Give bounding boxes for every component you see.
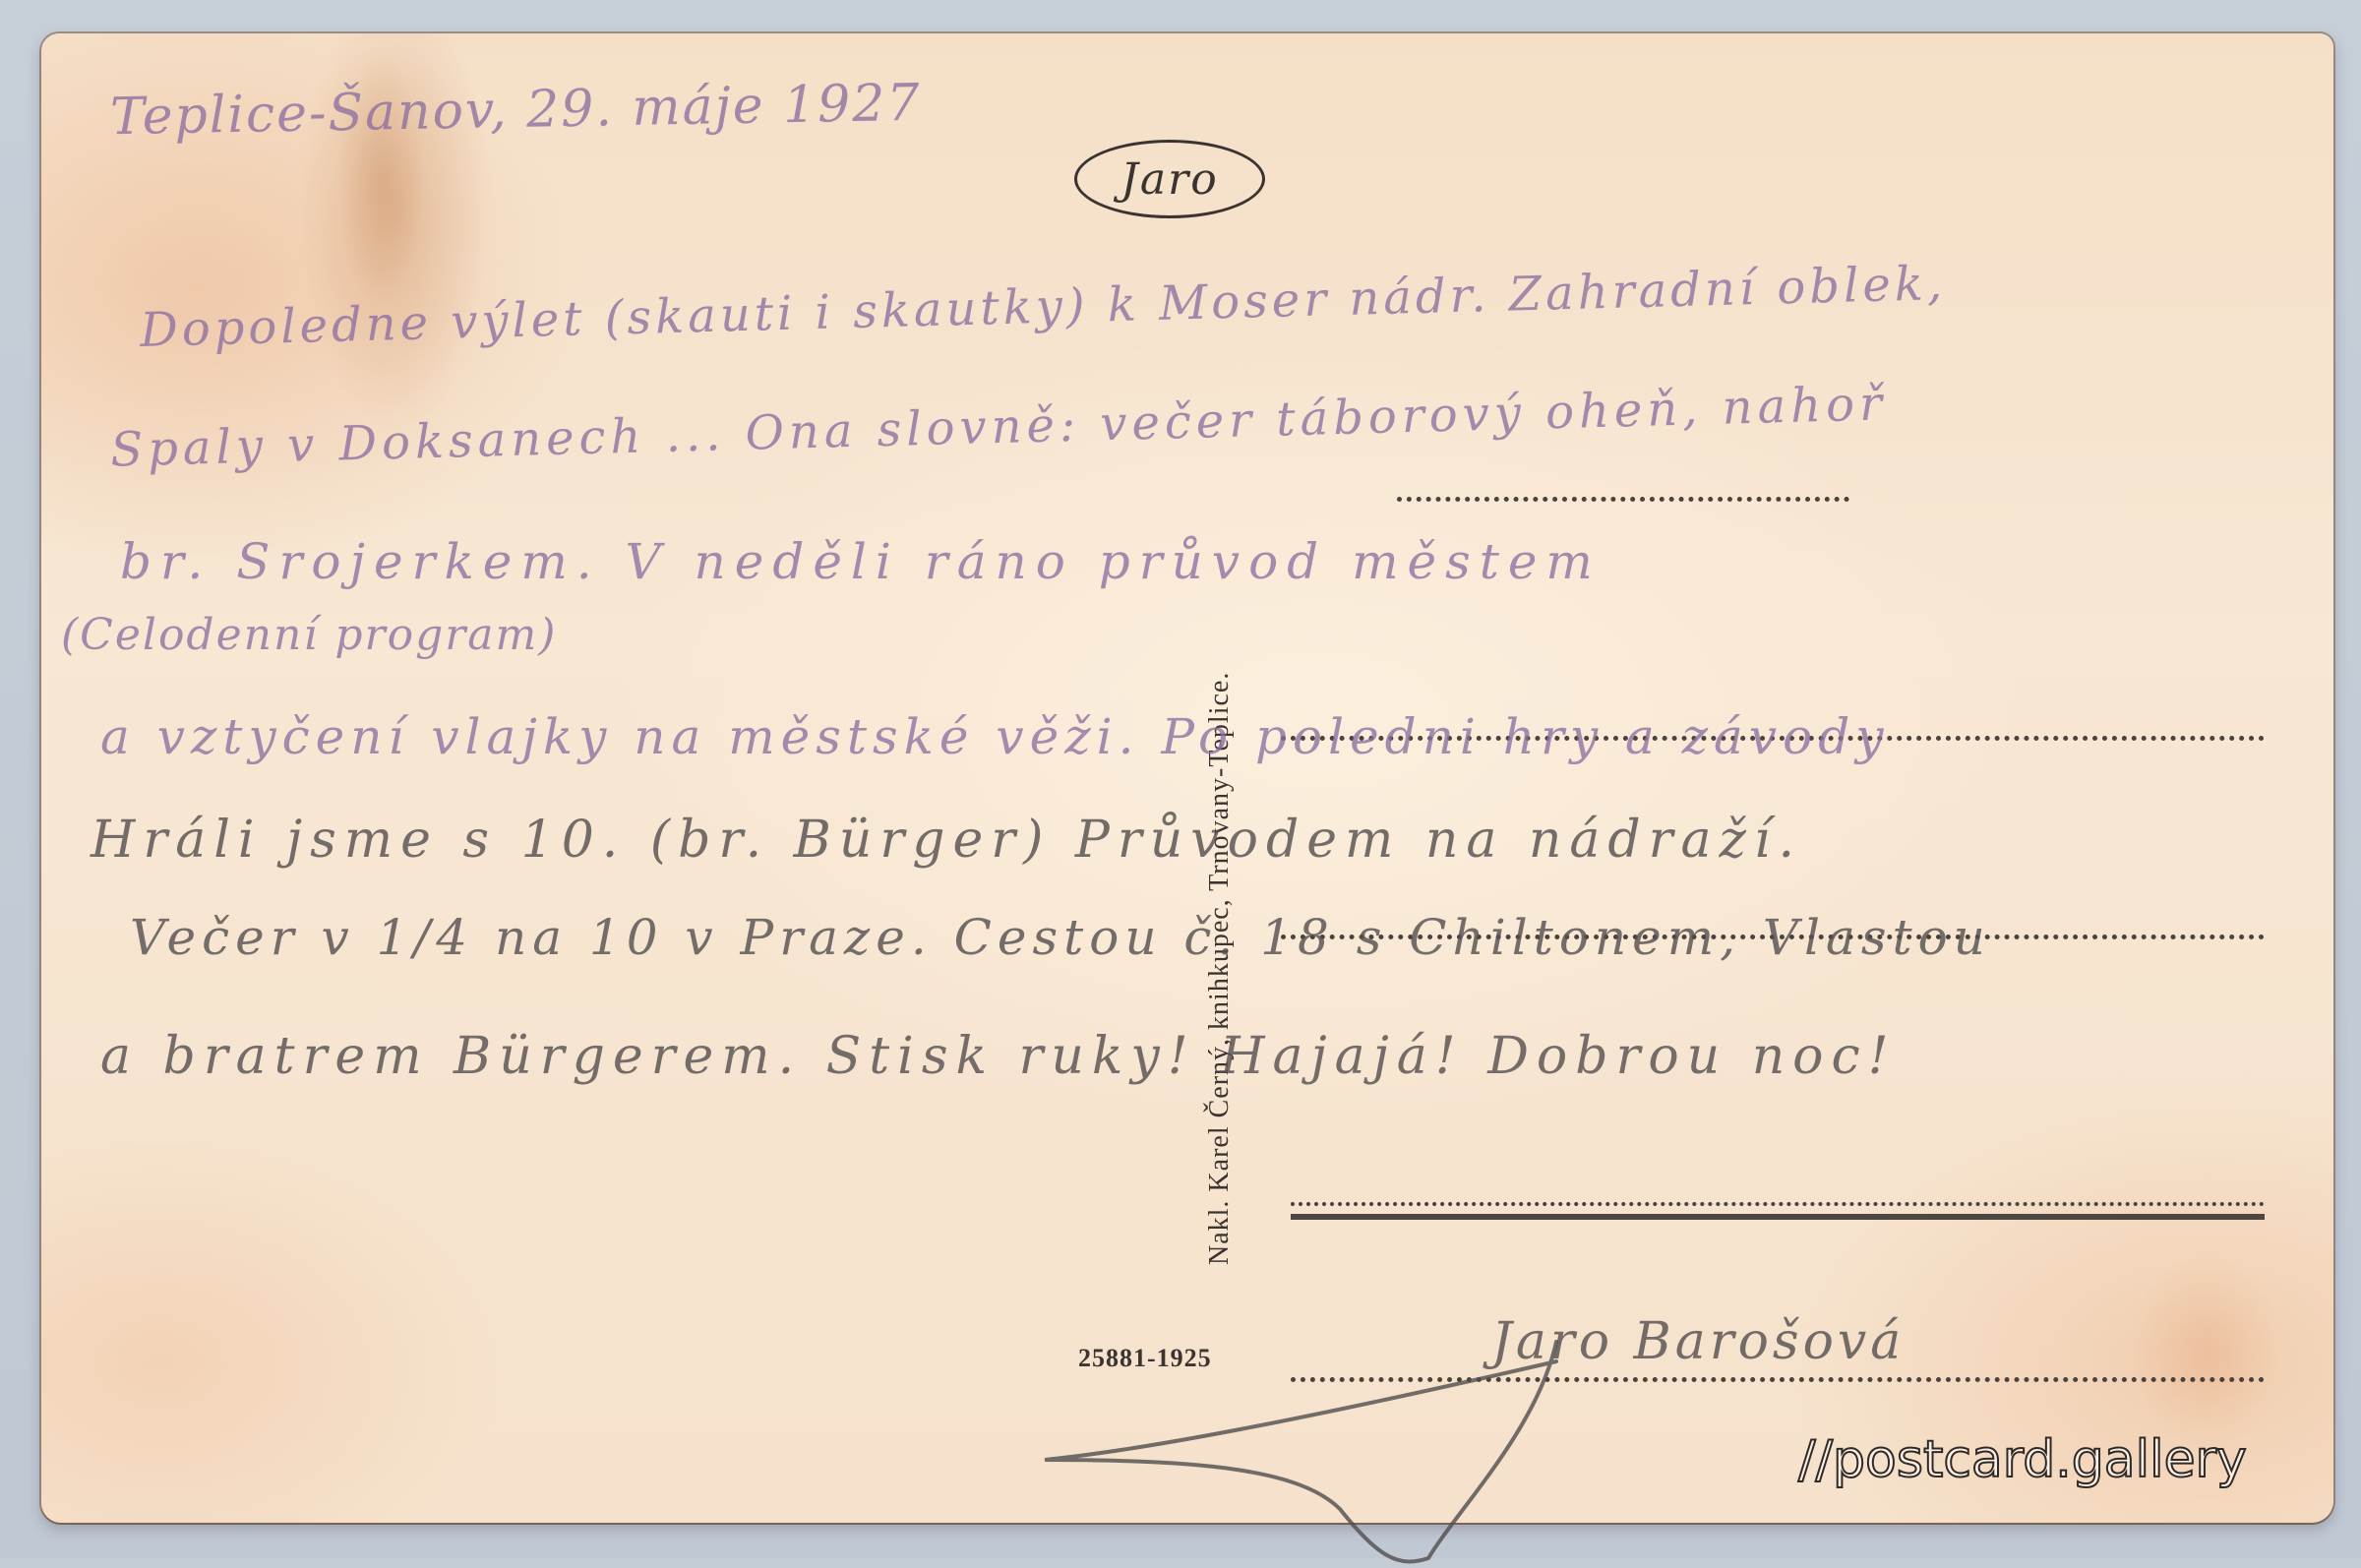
handwritten-line: Večer v 1/4 na 10 v Praze. Cestou č. 18 … [130, 909, 1991, 966]
handwritten-line-date: Teplice-Šanov, 29. máje 1927 [110, 74, 922, 147]
handwritten-line: a vztyčení vlajky na městské věži. Po po… [100, 708, 1889, 765]
handwritten-line: a bratrem Bürgerem. Stisk ruky! Hajajá! … [100, 1027, 1897, 1086]
postcard-back: Jaro Nakl. Karel Černý, knihkupec, Trnov… [41, 33, 2333, 1523]
serial-number: 25881-1925 [1078, 1344, 1212, 1373]
handwritten-signature: Jaro Barošová [1491, 1312, 1905, 1371]
address-line-1 [1397, 497, 1849, 502]
foxing-stain [2127, 1253, 2284, 1450]
brand-logo-text: Jaro [1120, 154, 1218, 205]
handwritten-line: (Celodenní program) [61, 610, 557, 660]
handwritten-line: Dopoledne výlet (skauti i skautky) k Mos… [140, 256, 1947, 358]
handwritten-line: br. Srojerkem. V neděli ráno průvod měst… [120, 533, 1602, 590]
address-line-4-underline [1291, 1214, 2265, 1220]
address-line-4 [1291, 1202, 2265, 1206]
handwritten-line: Spaly v Doksanech ... Ona slovně: večer … [110, 376, 1888, 477]
brand-logo-oval: Jaro [1074, 140, 1265, 218]
address-line-5 [1291, 1377, 2265, 1382]
watermark-text: //postcard.gallery [1798, 1430, 2247, 1489]
handwritten-line: Hráli jsme s 10. (br. Bürger) Průvodem n… [91, 811, 1802, 870]
